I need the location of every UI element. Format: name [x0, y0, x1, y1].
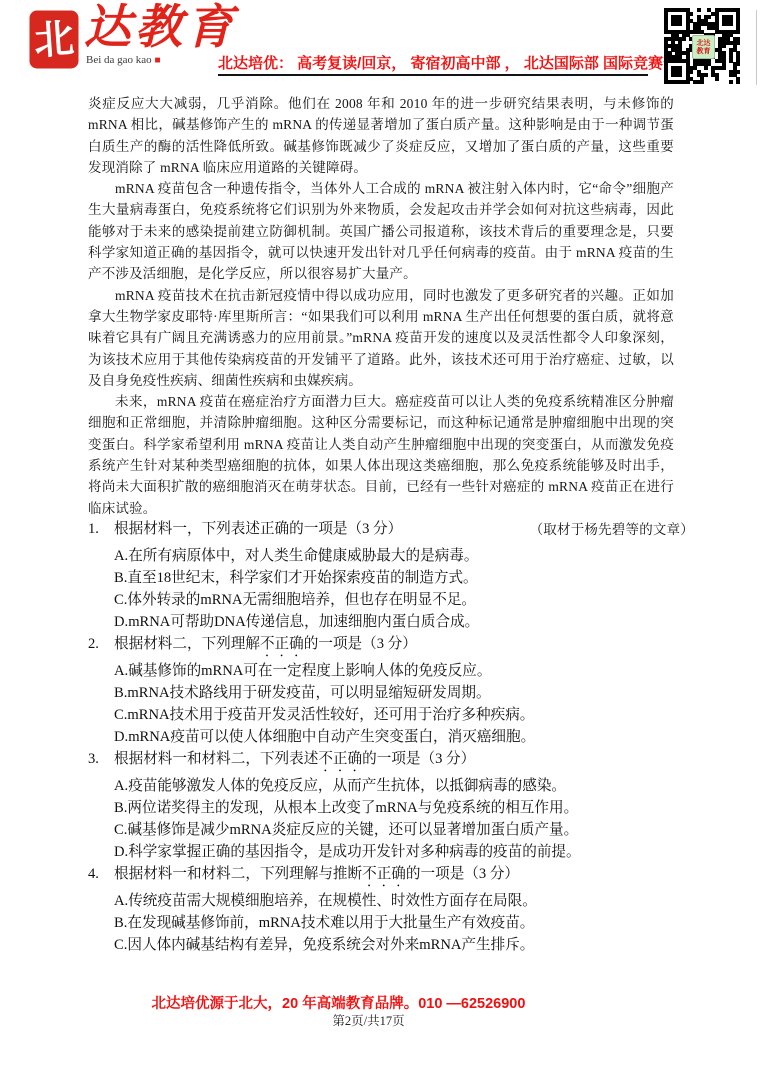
option-list: A.碱基修饰的mRNA可在一定程度上影响人体的免疫反应。 B.mRNA技术路线用…	[88, 660, 688, 748]
question-stem-text: 的一项是（3 分）	[362, 751, 475, 767]
question-3: 3.根据材料一和材料二，下列表述不正确的一项是（3 分） A.疫苗能够激发人体的…	[88, 748, 688, 863]
option-b: B.mRNA技术路线用于研发疫苗，可以明显缩短研发周期。	[114, 682, 688, 704]
brand-script-text: 达教育	[84, 0, 237, 56]
question-stem-emphasis: 不正确	[260, 636, 304, 652]
option-d: D.mRNA疫苗可以使人体细胞中自动产生突变蛋白，消灭癌细胞。	[114, 726, 688, 748]
paragraph: 未来，mRNA 疫苗在癌症治疗方面潜力巨大。癌症疫苗可以让人类的免疫系统精准区分…	[88, 391, 674, 519]
question-2: 2.根据材料二，下列理解不正确的一项是（3 分） A.碱基修饰的mRNA可在一定…	[88, 633, 688, 748]
brand-subtitle-mark: ■	[154, 55, 160, 66]
paragraph: mRNA 疫苗包含一种遗传指令，当体外人工合成的 mRNA 被注射入体内时，它“…	[88, 178, 674, 284]
paragraph: mRNA 疫苗技术在抗击新冠疫情中得以成功应用，同时也激发了更多研究者的兴趣。正…	[88, 285, 674, 391]
question-number: 1.	[88, 518, 114, 540]
question-stem-emphasis: 不正确	[318, 751, 362, 767]
option-list: A.在所有病原体中，对人类生命健康威胁最大的是病毒。 B.直至18世纪末，科学家…	[88, 545, 688, 633]
option-a: A.碱基修饰的mRNA可在一定程度上影响人体的免疫反应。	[114, 660, 688, 682]
option-b: B.在发现碱基修饰前，mRNA技术难以用于大批量生产有效疫苗。	[114, 912, 688, 934]
option-c: C.碱基修饰是减少mRNA炎症反应的关键，还可以显著增加蛋白质产量。	[114, 819, 688, 841]
brand-subtitle: Bei da gao kao ■	[86, 54, 160, 66]
option-b: B.两位诺奖得主的发现，从根本上改变了mRNA与免疫系统的相互作用。	[114, 797, 688, 819]
question-stem-text: 根据材料一和材料二，下列表述	[114, 751, 318, 767]
question-stem: 2.根据材料二，下列理解不正确的一项是（3 分）	[88, 633, 688, 660]
brand-seal-logo: 北	[31, 12, 77, 67]
question-stem: 4.根据材料一和材料二，下列理解与推断不正确的一项是（3 分）	[88, 863, 688, 890]
document-page: 北 达教育 Bei da gao kao ■ 北达培优： 高考复读/回京， 寄宿…	[0, 0, 761, 1072]
option-a: A.疫苗能够激发人体的免疫反应，从而产生抗体，以抵御病毒的感染。	[114, 775, 688, 797]
question-stem-text: 的一项是（3 分）	[406, 866, 519, 882]
question-stem-text: 根据材料一，下列表述正确的一项是（3 分）	[114, 521, 402, 537]
footer-promo-text: 北达培优源于北大，20 年高端教育品牌。010 —62526900	[0, 992, 719, 1013]
option-list: A.疫苗能够激发人体的免疫反应，从而产生抗体，以抵御病毒的感染。 B.两位诺奖得…	[88, 775, 688, 863]
option-c: C.体外转录的mRNA无需细胞培养，但也存在明显不足。	[114, 589, 688, 611]
paragraph: 炎症反应大大减弱，几乎消除。他们在 2008 年和 2010 年的进一步研究结果…	[88, 93, 674, 178]
question-stem-emphasis: 不正确	[362, 866, 406, 882]
question-stem-text: 根据材料二，下列理解	[114, 636, 260, 652]
option-c: C.因人体内碱基结构有差异，免疫系统会对外来mRNA产生排斥。	[114, 934, 688, 956]
qr-code: 北达 教育	[664, 8, 740, 84]
question-stem: 3.根据材料一和材料二，下列表述不正确的一项是（3 分）	[88, 748, 688, 775]
question-stem-text: 的一项是（3 分）	[304, 636, 417, 652]
header-divider	[218, 74, 648, 76]
reading-passage: 炎症反应大大减弱，几乎消除。他们在 2008 年和 2010 年的进一步研究结果…	[88, 93, 674, 540]
option-d: D.科学家掌握正确的基因指令，是成功开发针对多种病毒的疫苗的前提。	[114, 841, 688, 863]
question-4: 4.根据材料一和材料二，下列理解与推断不正确的一项是（3 分） A.传统疫苗需大…	[88, 863, 688, 956]
qr-center-label: 北达 教育	[692, 35, 715, 59]
scan-edge-line	[756, 10, 757, 85]
question-number: 3.	[88, 748, 114, 770]
qr-label-line1: 北达	[697, 39, 711, 47]
qr-label-line2: 教育	[697, 47, 711, 55]
page-indicator: 第2页/共17页	[0, 1011, 749, 1029]
header-tagline: 北达培优： 高考复读/回京， 寄宿初高中部 ， 北达国际部 国际竞赛部	[218, 52, 678, 73]
option-a: A.传统疫苗需大规模细胞培养，在规模性、时效性方面存在局限。	[114, 890, 688, 912]
question-1: 1.根据材料一，下列表述正确的一项是（3 分） A.在所有病原体中，对人类生命健…	[88, 518, 688, 633]
question-stem: 1.根据材料一，下列表述正确的一项是（3 分）	[88, 518, 688, 545]
question-stem-text: 根据材料一和材料二，下列理解与推断	[114, 866, 362, 882]
option-b: B.直至18世纪末，科学家们才开始探索疫苗的制造方式。	[114, 567, 688, 589]
seal-character: 北	[33, 18, 76, 61]
option-c: C.mRNA技术用于疫苗开发灵活性较好，还可用于治疗多种疾病。	[114, 704, 688, 726]
question-section: 1.根据材料一，下列表述正确的一项是（3 分） A.在所有病原体中，对人类生命健…	[88, 518, 688, 956]
option-list: A.传统疫苗需大规模细胞培养，在规模性、时效性方面存在局限。 B.在发现碱基修饰…	[88, 890, 688, 956]
question-number: 2.	[88, 633, 114, 655]
question-number: 4.	[88, 863, 114, 885]
brand-subtitle-text: Bei da gao kao	[86, 54, 152, 66]
option-a: A.在所有病原体中，对人类生命健康威胁最大的是病毒。	[114, 545, 688, 567]
option-d: D.mRNA可帮助DNA传递信息，加速细胞内蛋白质合成。	[114, 611, 688, 633]
